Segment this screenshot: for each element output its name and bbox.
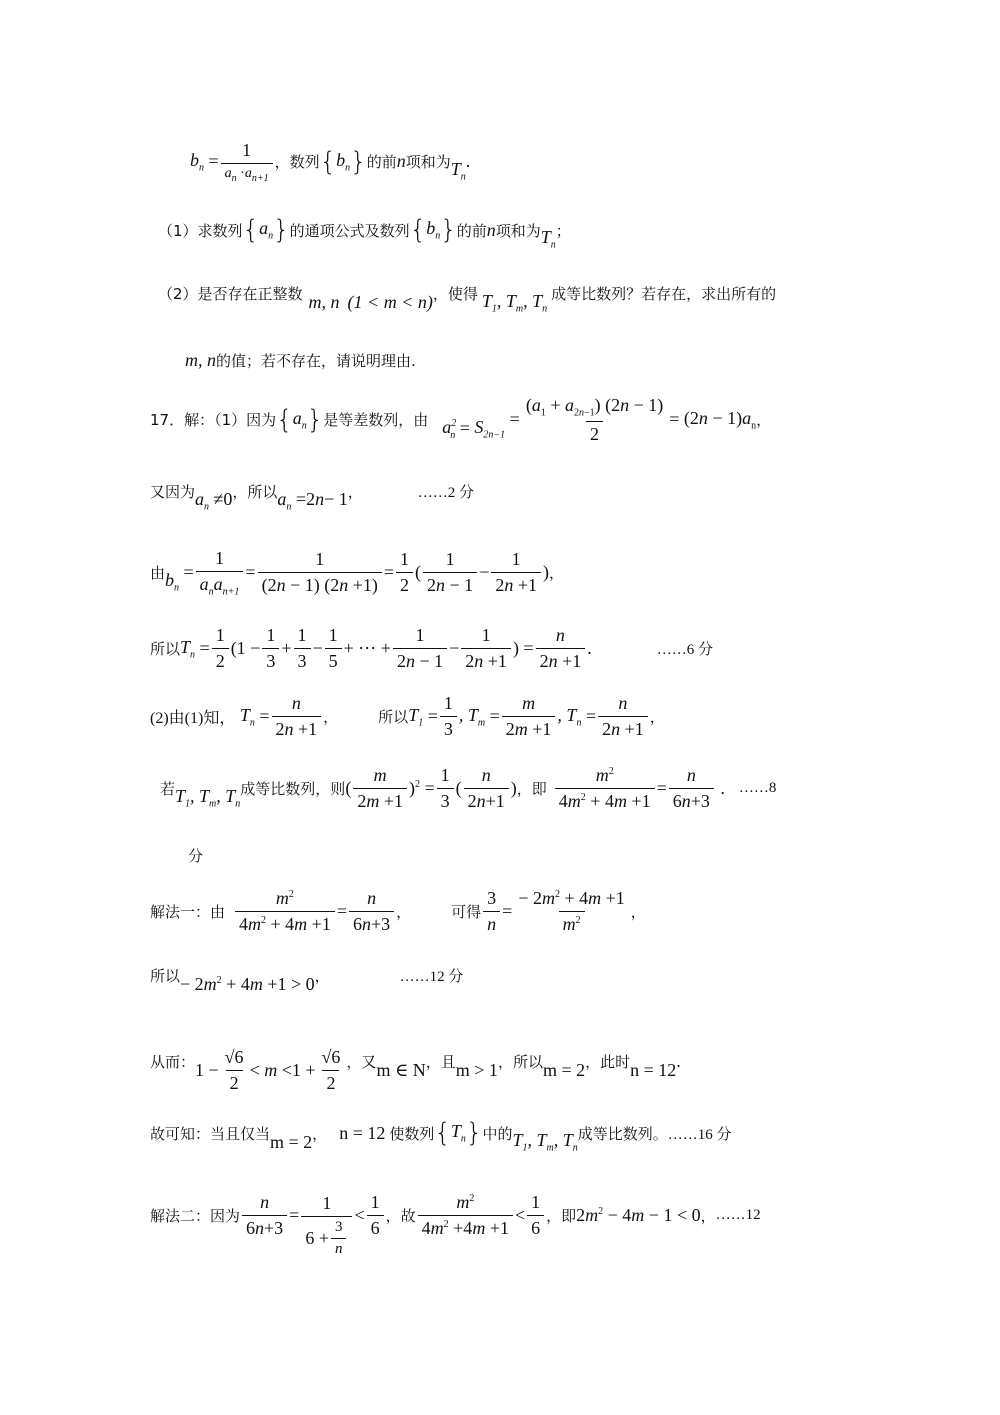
set-brace: {	[243, 215, 260, 245]
fraction: m24m2 + 4m +1	[555, 765, 655, 812]
solution-line-2: 又因为 an ≠0 ，所以 an =2n− 1 ， ……2 分	[150, 480, 474, 504]
question-2: （2）是否存在正整数 m, n (1 < m < n) ，使得 T1, Tm, …	[158, 282, 776, 306]
n-eq-12: n = 12	[630, 1060, 676, 1081]
expr: (1 −	[231, 638, 261, 659]
sqrt6-fraction: √62	[318, 1047, 345, 1094]
bn-symbol: bn	[165, 570, 179, 594]
score: ……8	[739, 780, 777, 797]
sqrt6-fraction: √62	[221, 1047, 248, 1094]
fraction: 13	[262, 625, 279, 672]
bn-fraction: 1an ·an+1	[221, 140, 273, 184]
minus: −	[313, 638, 323, 659]
set-brace-close: }	[350, 147, 367, 177]
fraction: n2n +1	[272, 693, 322, 740]
fraction: n6n+3	[349, 888, 394, 935]
fraction: 15	[325, 625, 342, 672]
expr: < m <1 +	[250, 1060, 316, 1081]
fraction: n2n +1	[598, 693, 648, 740]
fraction: 1(2n − 1) (2n +1)	[258, 549, 382, 596]
fraction: 12n − 1	[393, 625, 447, 672]
Tn-symbol: Tn	[451, 159, 466, 183]
Tn-symbol: Tn	[235, 705, 255, 729]
fraction: 16	[367, 1192, 384, 1239]
fraction: 12	[212, 625, 229, 672]
score-cont: 分	[188, 845, 203, 866]
fraction: m2m +1	[502, 693, 556, 740]
fraction: 13	[440, 693, 457, 740]
paren: (	[345, 778, 351, 799]
comma: ，	[348, 481, 363, 502]
Tm-symbol: , Tm	[459, 705, 485, 729]
Tn-symbol: , Tn	[557, 705, 581, 729]
bn-set: bn	[426, 218, 440, 242]
solution-line-3: 由 bn = 1anan+1 = 1(2n − 1) (2n +1) = 12 …	[150, 548, 564, 598]
an-set: an	[293, 408, 307, 432]
bn-symbol: bn	[190, 150, 204, 174]
m-gt-1: m > 1	[456, 1060, 498, 1081]
plus: +	[281, 638, 291, 659]
expr: 1 −	[195, 1060, 219, 1081]
comma: ，	[312, 1123, 327, 1144]
equals: =	[255, 706, 270, 727]
less-than: <	[515, 1205, 525, 1226]
n-var: n	[397, 151, 406, 172]
set-brace-close: }	[466, 1118, 483, 1148]
n-eq-12: n = 12	[339, 1123, 385, 1144]
fraction: 16	[527, 1192, 544, 1239]
T1-Tm-Tn: T1, Tm, Tn	[512, 1130, 577, 1154]
comma: ，	[315, 965, 330, 986]
set-brace: {	[320, 147, 337, 177]
equals: =	[195, 638, 210, 659]
set-brace: {	[410, 215, 427, 245]
score: ……12 分	[400, 965, 464, 986]
score: ……6 分	[657, 638, 713, 659]
m-eq-2: m = 2	[270, 1132, 312, 1153]
fraction: 13	[437, 765, 454, 812]
equals: =	[179, 562, 194, 583]
equals: =	[384, 562, 394, 583]
intro-line: bn = 1an ·an+1 ，数列 {bn} 的前 n 项和为 Tn .	[190, 140, 470, 184]
T1-Tm-Tn: T1, Tm, Tn	[175, 786, 240, 810]
mn-condition: (1 < m < n)	[348, 292, 433, 313]
set-brace-close: }	[273, 215, 290, 245]
paren: (	[456, 778, 462, 799]
equals: =	[455, 418, 474, 439]
mn-vars: m, n	[309, 292, 340, 313]
equals: =	[289, 1205, 299, 1226]
expr: ) =	[513, 638, 534, 659]
equals: =	[657, 778, 667, 799]
fraction: m2m +1	[353, 765, 407, 812]
fraction: m24m2 + 4m +1	[235, 888, 335, 935]
equals: =	[485, 706, 500, 727]
set-brace: {	[276, 405, 293, 435]
question-1: （1）求数列 {an} 的通项公式及数列 {bn} 的前 n 项和为 Tn ；	[158, 215, 571, 245]
method-1-line-3: 从而： 1 − √62 < m <1 + √62 ，又 m ∈ N ，且 m >…	[150, 1038, 681, 1085]
an-set: an	[259, 218, 273, 242]
Tn-symbol: Tn	[541, 227, 556, 251]
S-2n-1: S2n−1	[474, 417, 505, 441]
set-brace-close: }	[307, 405, 324, 435]
comma: ，	[323, 706, 338, 727]
method-1-conclusion: 故可知：当且仅当 m = 2 ， n = 12 使数列 {Tn} 中的 T1, …	[150, 1118, 732, 1148]
comma: ，	[396, 901, 411, 922]
equals: =	[581, 706, 596, 727]
minus: −	[449, 638, 459, 659]
set-brace: {	[434, 1118, 451, 1148]
bn-set: bn	[336, 150, 350, 174]
fraction: 1anan+1	[196, 548, 244, 598]
method-1-line-2: 所以 − 2m2 + 4m +1 > 0 ， ……12 分	[150, 965, 463, 986]
fraction: 12	[396, 549, 413, 596]
minus: −	[479, 562, 489, 583]
Tn-set: Tn	[451, 1121, 466, 1145]
period: .	[716, 778, 725, 799]
fraction: n2n+1	[464, 765, 509, 812]
fraction: n2n +1	[536, 625, 586, 672]
fraction: m24m2 +4m +1	[418, 1192, 513, 1239]
sum-fraction: (a1 + a2n−1) (2n − 1)2	[522, 395, 667, 445]
method-2-line-1: 解法二：因为 n6n+3 = 16 +3n < 16 ，故 m24m2 +4m …	[150, 1183, 761, 1248]
ellipsis: + ⋯ +	[344, 638, 391, 659]
Tn-symbol: Tn	[180, 637, 195, 661]
equals: =	[505, 409, 520, 430]
less-than: <	[354, 1205, 364, 1226]
equals: =	[423, 706, 438, 727]
fraction: n6n+3	[242, 1192, 287, 1239]
m-in-N: m ∈ N	[376, 1060, 425, 1081]
fraction: 3n	[483, 888, 500, 935]
solution-line-6: 若 T1, Tm, Tn 成等比数列，则 ( m2m +1 )2 = 13 ( …	[160, 765, 776, 812]
m-eq-2: m = 2	[543, 1060, 585, 1081]
fraction: 12n +1	[491, 549, 541, 596]
an-formula: an =2n− 1	[277, 489, 347, 513]
solution-line-1: 17．解：（1）因为 {an} 是等差数列，由 a2n = S2n−1 = (a…	[150, 395, 771, 445]
fraction: − 2m2 + 4m +1m2	[514, 888, 628, 935]
mn-vars: m, n	[185, 350, 216, 371]
n-var: n	[487, 220, 496, 241]
paren: (	[415, 562, 421, 583]
equals: =	[502, 901, 512, 922]
score: ……16 分	[668, 1123, 732, 1144]
result-expr: (2n − 1)an	[679, 408, 756, 432]
set-brace-close: }	[440, 215, 457, 245]
inequality: − 2m2 + 4m +1 > 0	[180, 974, 315, 995]
fraction: n6n+3	[669, 765, 714, 812]
equals: =	[337, 901, 347, 922]
an-nonzero: an ≠0	[195, 489, 232, 513]
method-1-line-1: 解法一：由 m24m2 + 4m +1 = n6n+3 ， 可得 3n = − …	[150, 888, 646, 935]
fraction: 12n +1	[461, 625, 511, 672]
solution-line-4: 所以 Tn = 12 (1 − 13 + 13 − 15 + ⋯ + 12n −…	[150, 625, 713, 672]
fraction: 12n − 1	[423, 549, 477, 596]
solution-line-5: (2)由(1)知， Tn = n2n +1 ， 所以 T1 = 13 , Tm …	[150, 693, 665, 740]
inequality: 2m2 − 4m − 1 < 0	[576, 1205, 700, 1226]
score: ……2 分	[418, 481, 474, 502]
fraction: 13	[294, 625, 311, 672]
paren: )2 =	[409, 778, 435, 799]
equals: =	[204, 151, 219, 172]
nested-fraction: 16 +3n	[301, 1193, 352, 1258]
T1-symbol: T1	[408, 705, 423, 729]
equals: =	[245, 562, 255, 583]
question-2-cont: m, n 的值；若不存在，请说明理由.	[185, 350, 416, 371]
an-squared: a2n	[442, 417, 455, 441]
T1-Tm-Tn: T1, Tm, Tn	[482, 291, 547, 315]
equals: =	[669, 409, 679, 430]
score: ……12	[716, 1207, 761, 1224]
